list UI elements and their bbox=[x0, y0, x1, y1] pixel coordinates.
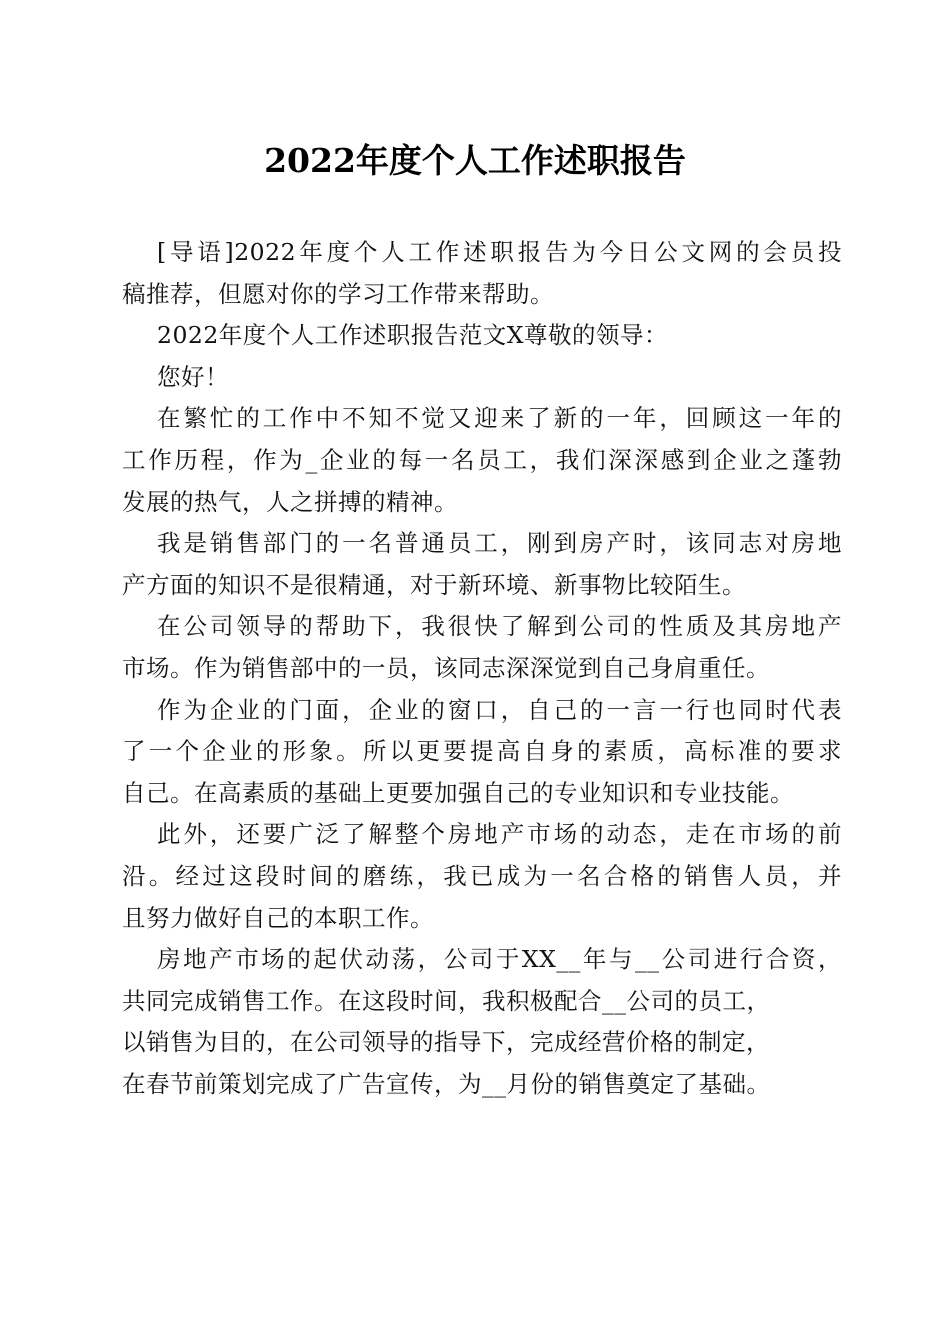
text-line: 市场。作为销售部中的一员，该同志深深觉到自己身肩重任。 bbox=[122, 648, 842, 690]
document-title: 2022年度个人工作述职报告 bbox=[0, 138, 950, 184]
paragraph: 在繁忙的工作中不知不觉又迎来了新的一年，回顾这一年的 工作历程，作为_企业的每一… bbox=[122, 398, 842, 523]
text-line: 在繁忙的工作中不知不觉又迎来了新的一年，回顾这一年的 bbox=[122, 398, 842, 440]
paragraph: 作为企业的门面，企业的窗口，自己的一言一行也同时代表 了一个企业的形象。所以更要… bbox=[122, 690, 842, 815]
text-line: 房地产市场的起伏动荡，公司于XX__年与__公司进行合资， bbox=[122, 939, 842, 981]
paragraph-greeting: 您好！ bbox=[122, 357, 842, 399]
document-page: 2022年度个人工作述职报告 [导语]2022年度个人工作述职报告为今日公文网的… bbox=[0, 0, 950, 1344]
paragraph-intro: [导语]2022年度个人工作述职报告为今日公文网的会员投 稿推荐，但愿对你的学习… bbox=[122, 232, 842, 315]
paragraph: 房地产市场的起伏动荡，公司于XX__年与__公司进行合资， 共同完成销售工作。在… bbox=[122, 939, 842, 1105]
text-line: 且努力做好自己的本职工作。 bbox=[122, 898, 842, 940]
text-line: 自己。在高素质的基础上更要加强自己的专业知识和专业技能。 bbox=[122, 773, 842, 815]
text-line: 此外，还要广泛了解整个房地产市场的动态，走在市场的前 bbox=[122, 814, 842, 856]
text-line: 以销售为目的，在公司领导的指导下，完成经营价格的制定， bbox=[122, 1022, 842, 1064]
text-line: 工作历程，作为_企业的每一名员工，我们深深感到企业之蓬勃 bbox=[122, 440, 842, 482]
paragraph: 在公司领导的帮助下，我很快了解到公司的性质及其房地产 市场。作为销售部中的一员，… bbox=[122, 606, 842, 689]
text-line: 2022年度个人工作述职报告范文X尊敬的领导： bbox=[122, 315, 842, 357]
paragraph-salutation: 2022年度个人工作述职报告范文X尊敬的领导： bbox=[122, 315, 842, 357]
text-line: 我是销售部门的一名普通员工，刚到房产时，该同志对房地 bbox=[122, 523, 842, 565]
text-line: 稿推荐，但愿对你的学习工作带来帮助。 bbox=[122, 274, 842, 316]
text-line: 您好！ bbox=[122, 357, 842, 399]
document-body: [导语]2022年度个人工作述职报告为今日公文网的会员投 稿推荐，但愿对你的学习… bbox=[122, 232, 842, 1105]
text-line: 在公司领导的帮助下，我很快了解到公司的性质及其房地产 bbox=[122, 606, 842, 648]
text-line: 作为企业的门面，企业的窗口，自己的一言一行也同时代表 bbox=[122, 690, 842, 732]
text-line: 了一个企业的形象。所以更要提高自身的素质，高标准的要求 bbox=[122, 731, 842, 773]
paragraph: 我是销售部门的一名普通员工，刚到房产时，该同志对房地 产方面的知识不是很精通，对… bbox=[122, 523, 842, 606]
paragraph: 此外，还要广泛了解整个房地产市场的动态，走在市场的前 沿。经过这段时间的磨练，我… bbox=[122, 814, 842, 939]
text-line: 产方面的知识不是很精通，对于新环境、新事物比较陌生。 bbox=[122, 565, 842, 607]
text-line: 共同完成销售工作。在这段时间，我积极配合__公司的员工， bbox=[122, 981, 842, 1023]
text-line: 发展的热气，人之拼搏的精神。 bbox=[122, 482, 842, 524]
text-line: 沿。经过这段时间的磨练，我已成为一名合格的销售人员，并 bbox=[122, 856, 842, 898]
text-line: 在春节前策划完成了广告宣传，为__月份的销售奠定了基础。 bbox=[122, 1064, 842, 1106]
text-line: [导语]2022年度个人工作述职报告为今日公文网的会员投 bbox=[122, 232, 842, 274]
